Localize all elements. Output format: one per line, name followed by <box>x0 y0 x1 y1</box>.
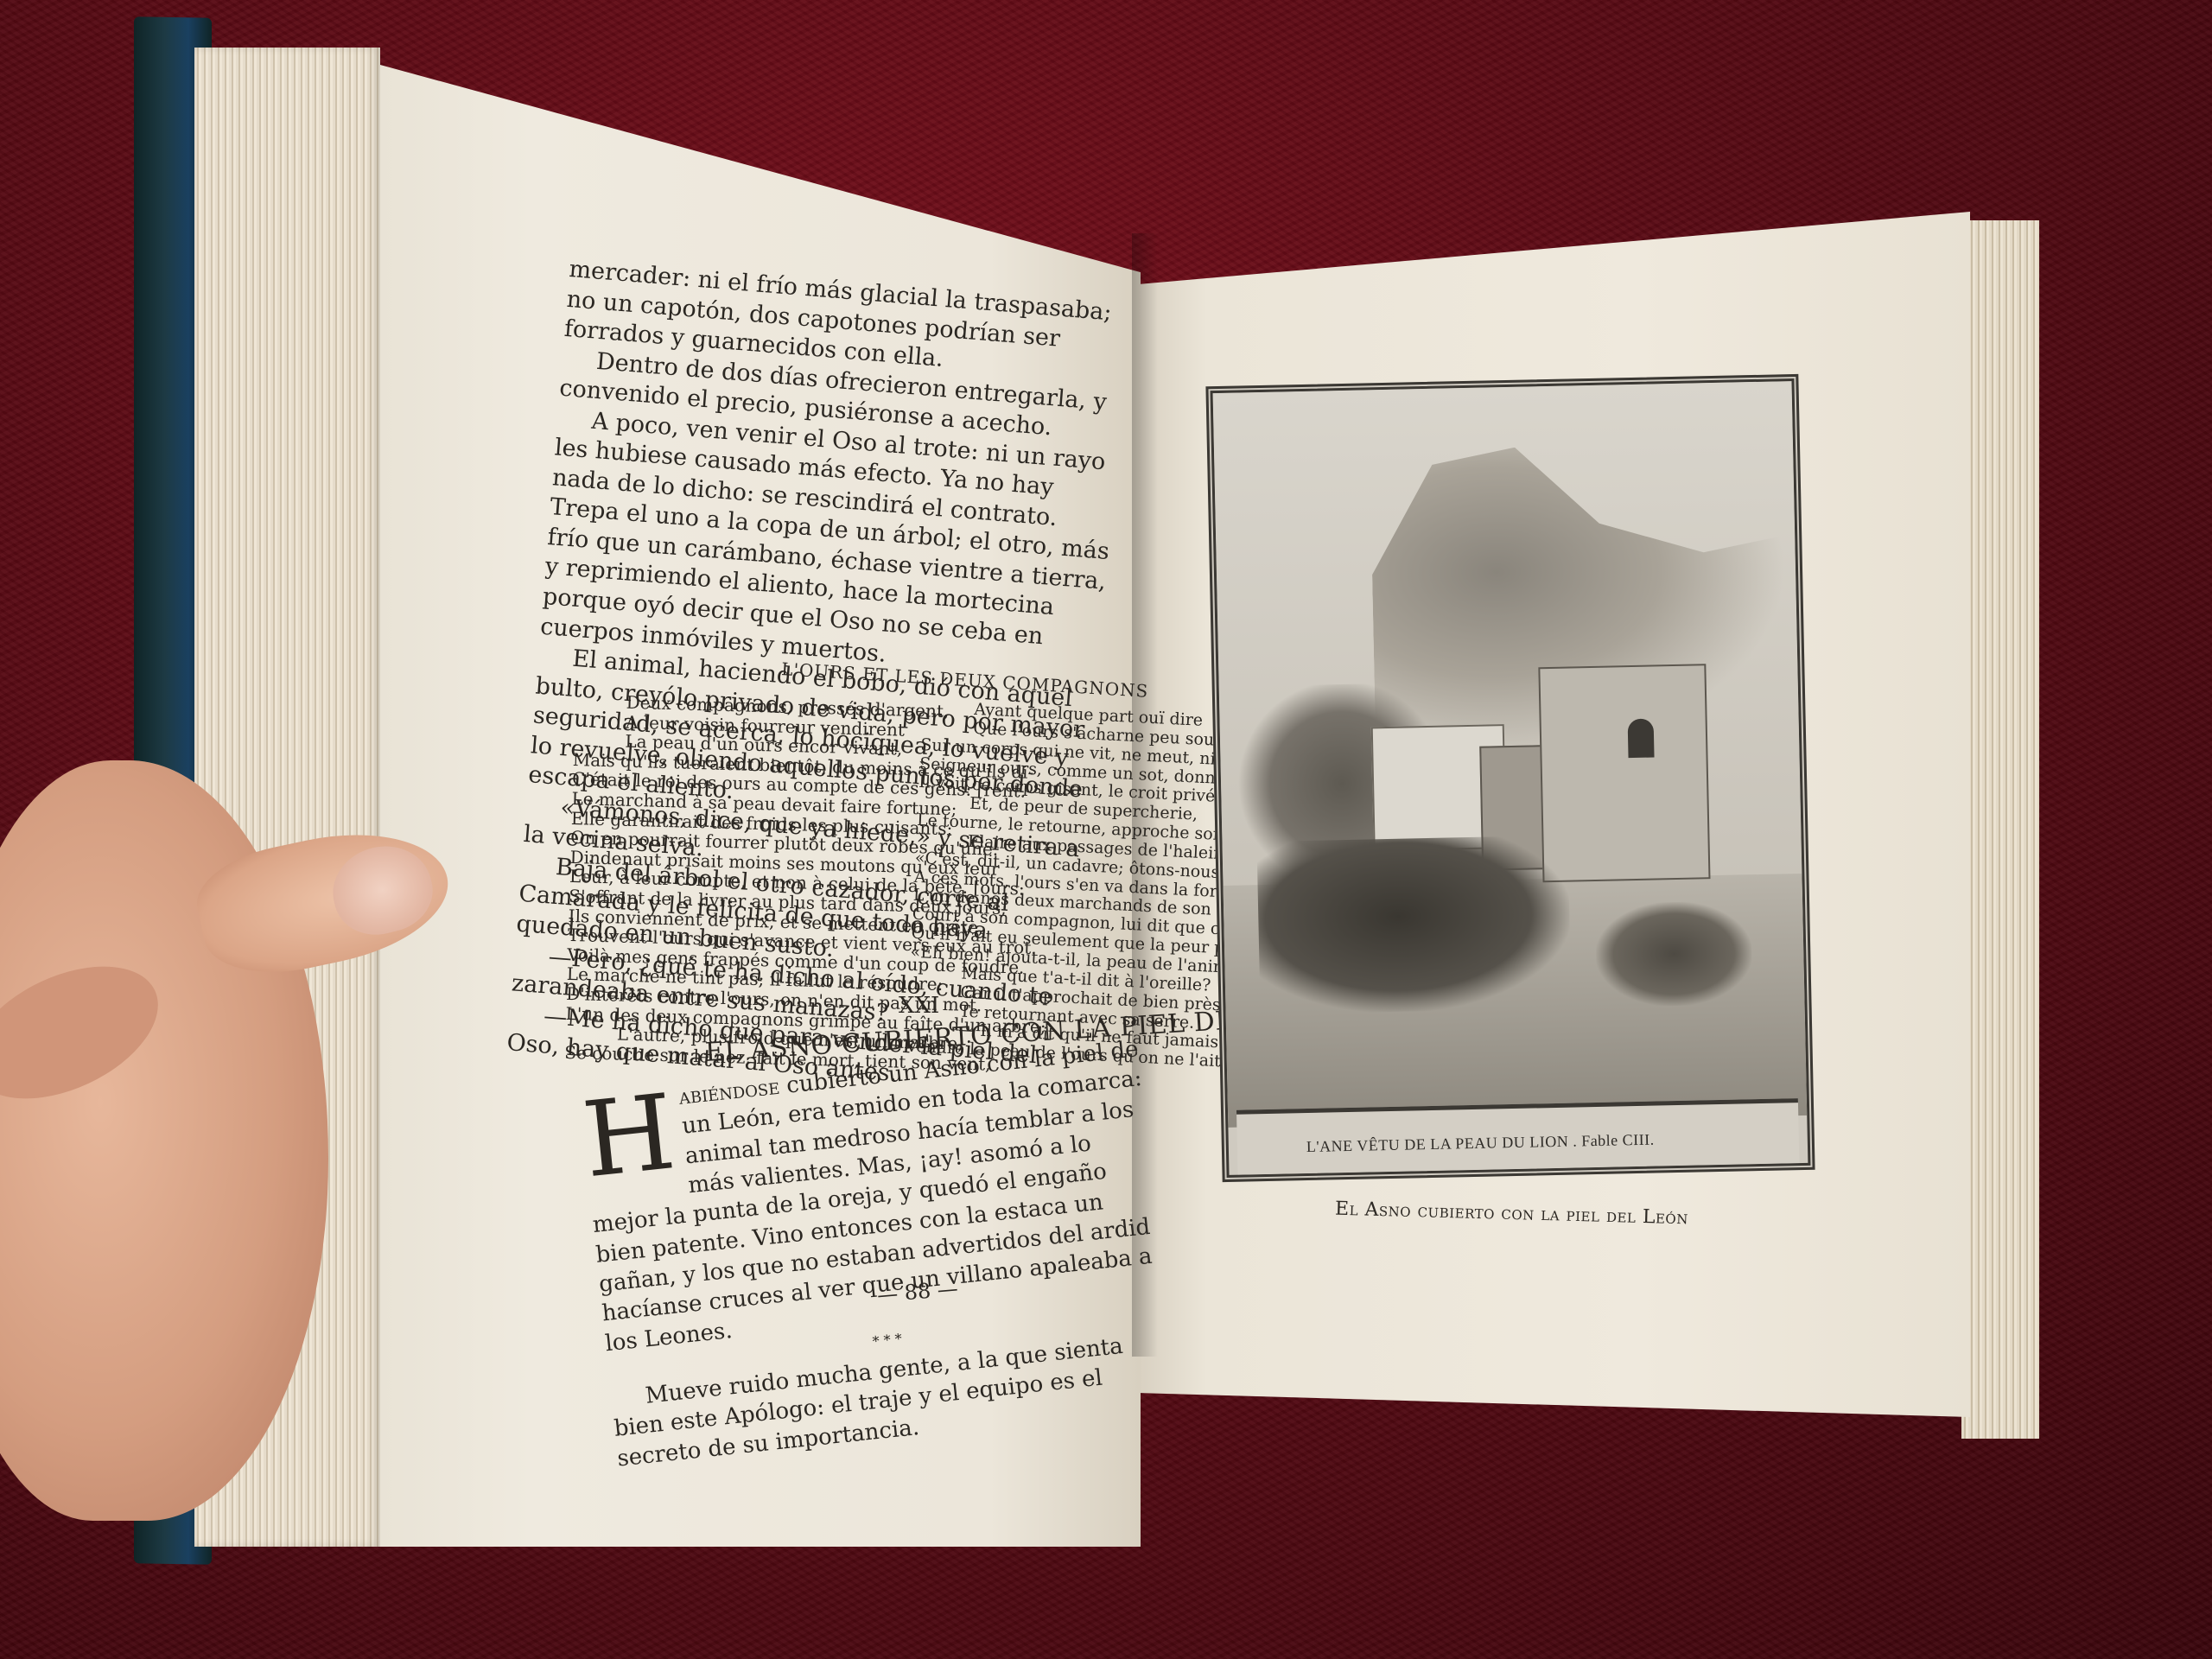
right-page-edges <box>1961 220 2039 1439</box>
poem-left-column: Deux compagnons, pressés d'argent,A leur… <box>564 691 920 1071</box>
engraving-dog <box>1595 900 1752 1007</box>
engraving-donkey-in-lion-skin <box>1256 836 1571 1014</box>
chapter-body-text: cubierto un Asno con la piel de un León,… <box>592 1036 1154 1357</box>
prose-paragraph: A poco, ven venir el Oso al trote: ni un… <box>539 404 1118 687</box>
chapter-body: H abiéndose cubierto un Asno con la piel… <box>579 1034 1178 1473</box>
chapter-number: XXI <box>899 992 939 1020</box>
engraving-plate: L'ANE VÊTU DE LA PEAU DU LION . Fable CI… <box>1205 374 1815 1182</box>
drop-cap: H <box>580 1089 679 1185</box>
